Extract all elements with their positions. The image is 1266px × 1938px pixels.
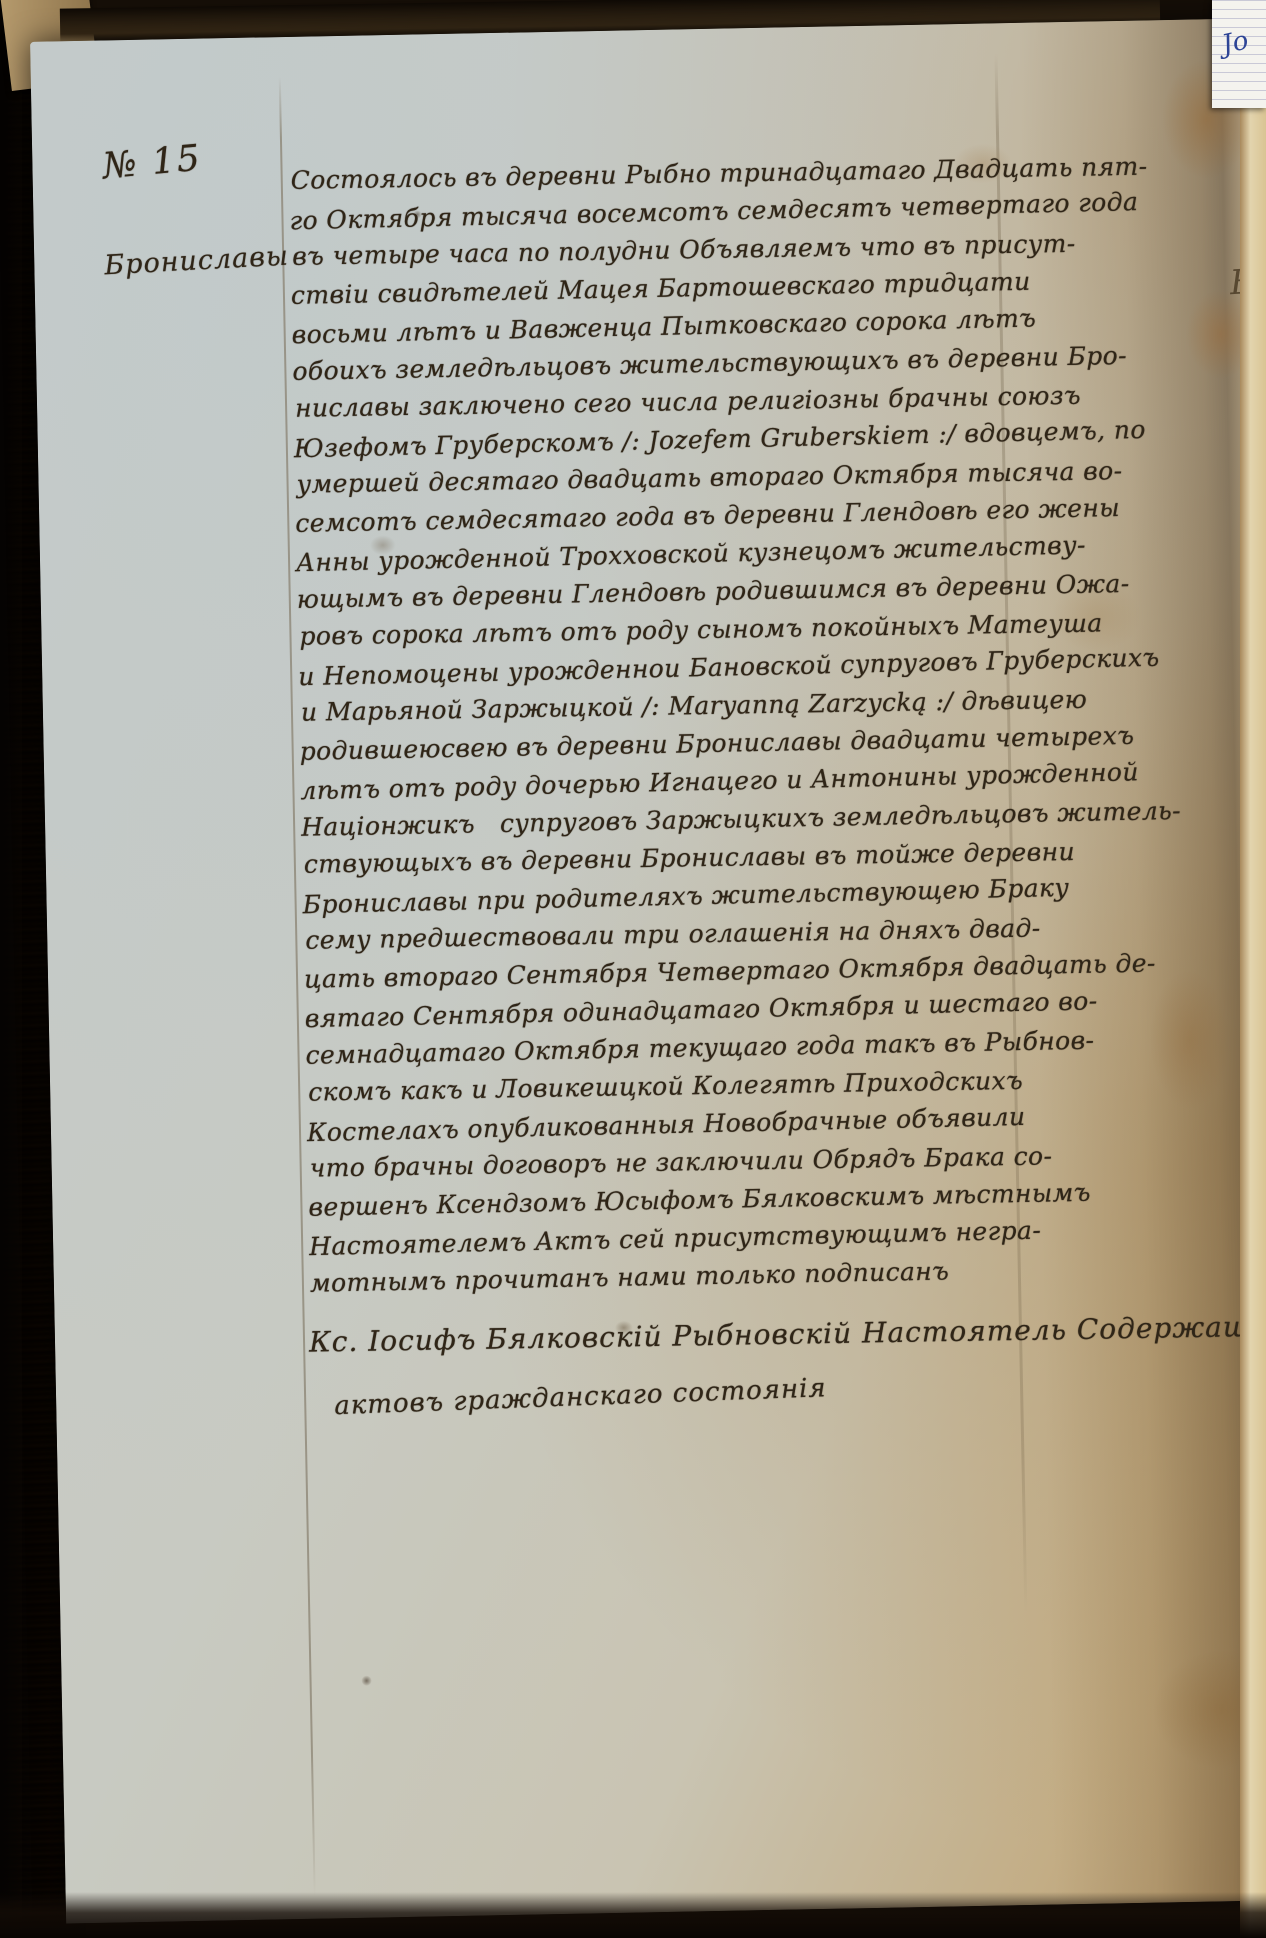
- next-page-fore-edge: [1240, 0, 1266, 1938]
- priest-signature: Кс. Іосифъ Бялковскій Рыбновскій Настоят…: [307, 1303, 1129, 1431]
- ink-speck: [361, 1676, 371, 1686]
- record-body-text: Состоялось въ деревни Рыбно тринадцатаго…: [288, 147, 1120, 1302]
- checkered-paper-note: Jo: [1212, 0, 1266, 108]
- record-number: № 15: [101, 131, 274, 187]
- photo-bottom-shadow: [0, 1892, 1266, 1938]
- book-spine-dark-edge: [0, 0, 22, 1938]
- note-handwriting: Jo: [1219, 22, 1266, 60]
- margin-annotations: № 15 Брониславы: [102, 137, 275, 278]
- register-page: № 15 Брониславы Состоялось въ деревни Ры…: [30, 18, 1266, 1923]
- photo-of-register-page: { "record": { "margin": { "record_number…: [0, 0, 1266, 1938]
- record-place-name: Брониславы: [104, 241, 275, 281]
